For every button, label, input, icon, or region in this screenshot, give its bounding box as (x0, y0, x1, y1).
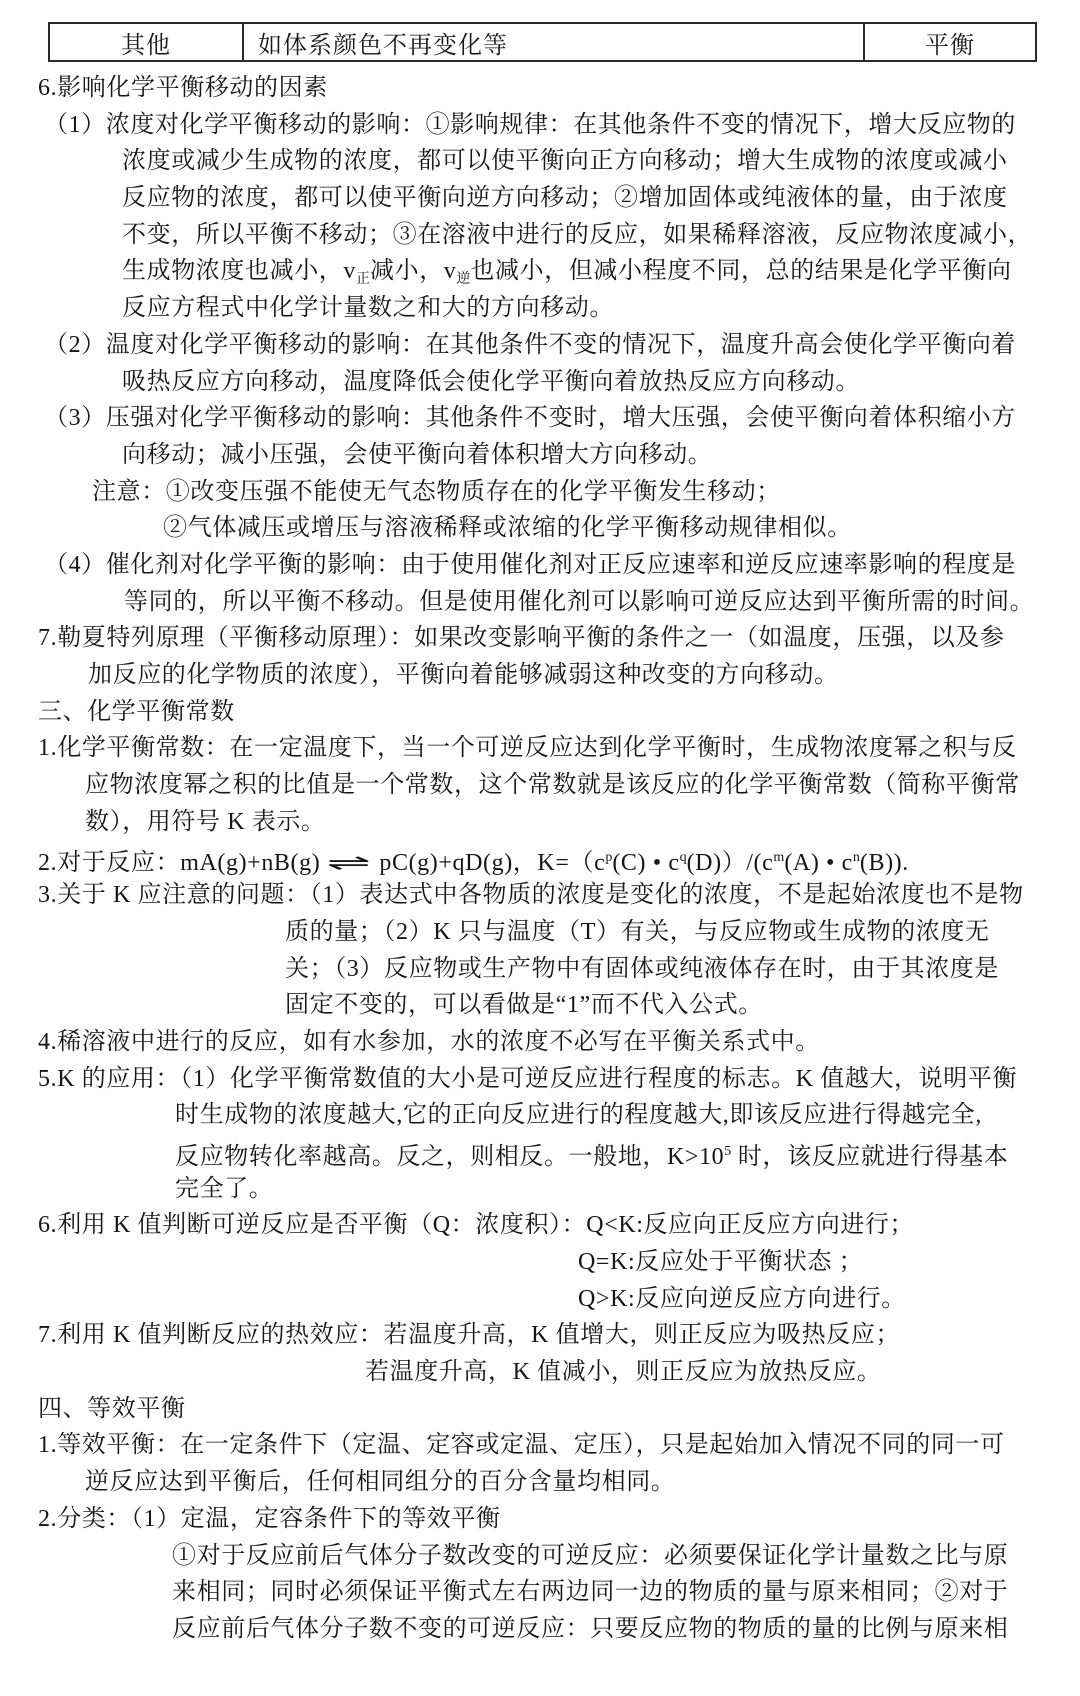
text-line: 质的量；（2）K 只与温度（T）有关，与反应物或生成物的浓度无 (285, 914, 1080, 951)
note-line: 注意：①改变压强不能使无气态物质存在的化学平衡发生移动； (92, 474, 1080, 511)
text-segment: 2.对于反应：mA(g)+nB(g) (38, 850, 320, 876)
text-segment: 减小，v (370, 258, 456, 284)
text-line: 1.化学平衡常数：在一定温度下，当一个可逆反应达到化学平衡时，生成物浓度幂之积与… (38, 730, 1080, 767)
text-line: 完全了。 (175, 1171, 1080, 1208)
text-line: 固定不变的，可以看做是“1”而不代入公式。 (285, 987, 1080, 1024)
text-line: （1）浓度对化学平衡移动的影响：①影响规律：在其他条件不变的情况下，增大反应物的 (44, 107, 1080, 144)
text-line: 1.等效平衡：在一定条件下（定温、定容或定温、定压），只是起始加入情况不同的同一… (38, 1427, 1080, 1464)
text-segment: 时，该反应就进行得基本 (731, 1144, 1008, 1170)
text-line: 关；（3）反应物或生产物中有固体或纯液体存在时，由于其浓度是 (285, 951, 1080, 988)
text-line: Q=K:反应处于平衡状态 ； (578, 1244, 1080, 1281)
subscript-reverse: 逆 (456, 272, 470, 287)
text-line: 时生成物的浓度越大,它的正向反应进行的程度越大,即该反应进行得越完全, (175, 1097, 1080, 1134)
text-line: 吸热反应方向移动，温度降低会使化学平衡向着放热反应方向移动。 (122, 364, 1080, 401)
text-segment: (D)）/(c (687, 850, 774, 876)
equilibrium-arrow-icon: ⇌ (327, 846, 373, 883)
text-segment: 也减小，但减小程度不同，总的结果是化学平衡向 (470, 258, 1011, 284)
section-heading: 三、化学平衡常数 (38, 694, 1080, 731)
text-segment: (C) • c (612, 850, 679, 876)
summary-table: 其他 如体系颜色不再变化等 平衡 (48, 22, 1037, 62)
superscript-q: q (680, 850, 687, 865)
text-segment: (B)). (860, 850, 909, 876)
subscript-forward: 正 (356, 272, 370, 287)
text-line: 4.稀溶液中进行的反应，如有水参加，水的浓度不必写在平衡关系式中。 (38, 1024, 1080, 1061)
table-cell-category: 其他 (50, 24, 244, 60)
text-line: 等同的，所以平衡不移动。但是使用催化剂可以影响可逆反应达到平衡所需的时间。 (124, 584, 1080, 621)
text-line: 反应方程式中化学计量数之和大的方向移动。 (122, 290, 1080, 327)
text-line: 7.勒夏特列原理（平衡移动原理）：如果改变影响平衡的条件之一（如温度，压强，以及… (38, 620, 1080, 657)
text-line: 数），用符号 K 表示。 (85, 804, 1080, 841)
text-segment: pC(g)+qD(g)，K=（c (379, 850, 605, 876)
text-line-with-superscript: 反应物转化率越高。反之，则相反。一般地，K>105 时，该反应就进行得基本 (175, 1134, 1080, 1171)
text-line: 若温度升高，K 值减小，则正反应为放热反应。 (365, 1354, 1080, 1391)
text-line: 浓度或减少生成物的浓度，都可以使平衡向正方向移动；增大生成物的浓度或减小 (122, 143, 1080, 180)
table-cell-state: 平衡 (865, 24, 1035, 60)
text-line: 来相同；同时必须保证平衡式左右两边同一边的物质的量与原来相同；②对于 (172, 1574, 1080, 1611)
text-line: 2.分类：（1）定温，定容条件下的等效平衡 (38, 1501, 1080, 1538)
text-line: 应物浓度幂之积的比值是一个常数，这个常数就是该反应的化学平衡常数（简称平衡常 (85, 767, 1080, 804)
table-cell-description: 如体系颜色不再变化等 (244, 24, 865, 60)
text-line: （2）温度对化学平衡移动的影响：在其他条件不变的情况下，温度升高会使化学平衡向着 (44, 327, 1080, 364)
note-line: ②气体减压或增压与溶液稀释或浓缩的化学平衡移动规律相似。 (163, 510, 1080, 547)
text-line: 加反应的化学物质的浓度），平衡向着能够减弱这种改变的方向移动。 (88, 657, 1080, 694)
text-line: 6.利用 K 值判断可逆反应是否平衡（Q：浓度积）：Q<K:反应向正反应方向进行… (38, 1207, 1080, 1244)
section-heading: 四、等效平衡 (38, 1391, 1080, 1428)
equation-line: 2.对于反应：mA(g)+nB(g)⇌pC(g)+qD(g)，K=（cp(C) … (38, 840, 1080, 877)
text-segment: (A) • c (784, 850, 853, 876)
text-segment: 生成物浓度也减小，v (122, 258, 356, 284)
text-line: 反应前后气体分子数不变的可逆反应：只要反应物的物质的量的比例与原来相 (172, 1611, 1080, 1648)
text-line: ①对于反应前后气体分子数改变的可逆反应：必须要保证化学计量数之比与原 (172, 1538, 1080, 1575)
text-line: 7.利用 K 值判断反应的热效应：若温度升高，K 值增大，则正反应为吸热反应； (38, 1317, 1080, 1354)
text-line: 逆反应达到平衡后，任何相同组分的百分含量均相同。 (85, 1464, 1080, 1501)
text-line: 反应物的浓度，都可以使平衡向逆方向移动；②增加固体或纯液体的量，由于浓度 (122, 180, 1080, 217)
text-line: 5.K 的应用：（1）化学平衡常数值的大小是可逆反应进行程度的标志。K 值越大，… (38, 1061, 1080, 1098)
text-line: （4）催化剂对化学平衡的影响：由于使用催化剂对正反应速率和逆反应速率影响的程度是 (44, 547, 1080, 584)
text-segment: 反应物转化率越高。反之，则相反。一般地，K>10 (175, 1144, 724, 1170)
superscript-n: n (853, 850, 860, 865)
document-page: 其他 如体系颜色不再变化等 平衡 6.影响化学平衡移动的因素 （1）浓度对化学平… (0, 0, 1080, 1696)
superscript-m: m (773, 850, 784, 865)
text-line: 不变，所以平衡不移动；③在溶液中进行的反应，如果稀释溶液，反应物浓度减小， (122, 217, 1080, 254)
text-line: Q>K:反应向逆反应方向进行。 (578, 1281, 1080, 1318)
text-line: 3.关于 K 应注意的问题：（1）表达式中各物质的浓度是变化的浓度，不是起始浓度… (38, 877, 1080, 914)
text-line-with-subscripts: 生成物浓度也减小，v正减小，v逆也减小，但减小程度不同，总的结果是化学平衡向 (122, 253, 1080, 290)
text-line: 向移动；减小压强，会使平衡向着体积增大方向移动。 (122, 437, 1080, 474)
section-heading: 6.影响化学平衡移动的因素 (38, 70, 1080, 107)
text-line: （3）压强对化学平衡移动的影响：其他条件不变时，增大压强，会使平衡向着体积缩小方 (44, 400, 1080, 437)
document-body: 6.影响化学平衡移动的因素 （1）浓度对化学平衡移动的影响：①影响规律：在其他条… (0, 70, 1080, 1648)
